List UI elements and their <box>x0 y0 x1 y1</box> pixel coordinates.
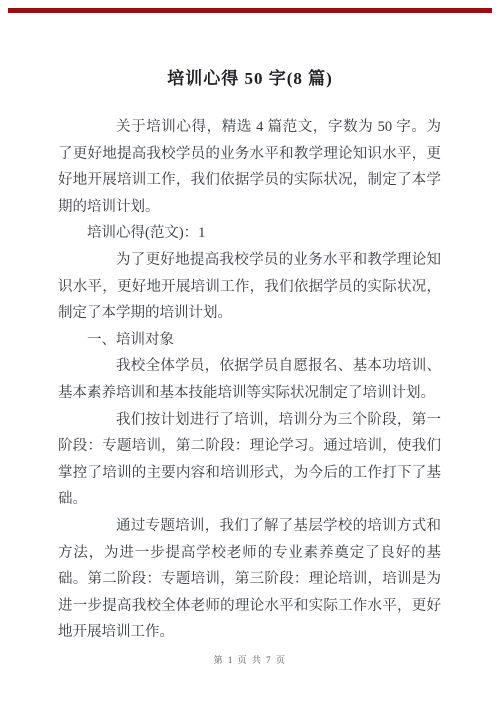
document-title: 培训心得 50 字(8 篇) <box>0 64 500 89</box>
paragraph-trainees: 我校全体学员，依据学员自愿报名、基本功培训、基本素养培训和基本技能培训等实际状况… <box>58 353 441 406</box>
document-page: 培训心得 50 字(8 篇) 关于培训心得，精选 4 篇范文，字数为 50 字。… <box>0 0 500 707</box>
paragraph-intro: 关于培训心得，精选 4 篇范文，字数为 50 字。为了更好地提高我校学员的业务水… <box>58 114 441 220</box>
subheading-sample-1: 培训心得(范文)：1 <box>58 220 441 247</box>
paragraph-training-stages: 我们按计划进行了培训，培训分为三个阶段，第一阶段：专题培训，第二阶段：理论学习。… <box>58 407 441 513</box>
section-heading-training-target: 一、培训对象 <box>58 327 441 354</box>
page-number: 第 1 页 共 7 页 <box>0 653 500 666</box>
accent-bar <box>8 8 492 13</box>
paragraph-training-results: 通过专题培训，我们了解了基层学校的培训方式和方法，为进一步提高学校老师的专业素养… <box>58 513 441 646</box>
paragraph-plan: 为了更好地提高我校学员的业务水平和教学理论知识水平，更好地开展培训工作，我们依据… <box>58 247 441 327</box>
document-body: 关于培训心得，精选 4 篇范文，字数为 50 字。为了更好地提高我校学员的业务水… <box>58 114 441 646</box>
